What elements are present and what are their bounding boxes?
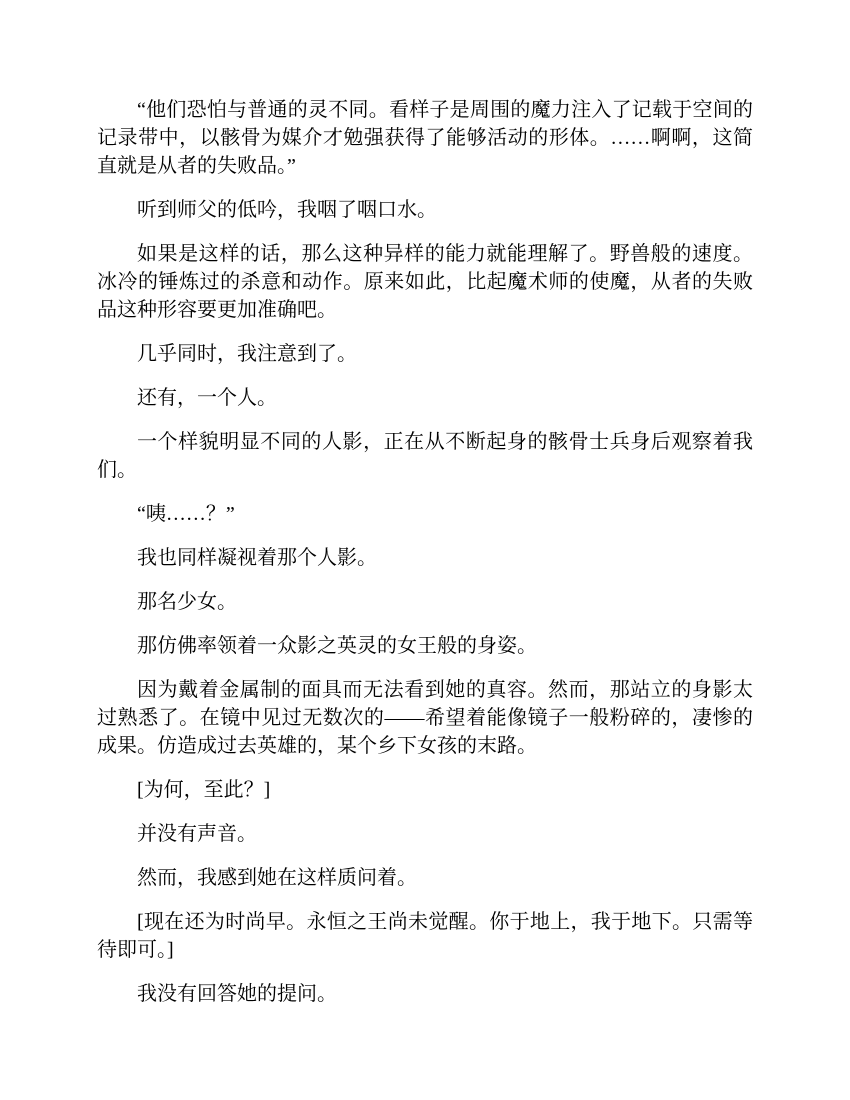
paragraph: 听到师父的低吟，我咽了咽口水。 — [97, 196, 753, 224]
paragraph: 一个样貌明显不同的人影，正在从不断起身的骸骨士兵身后观察着我们。 — [97, 428, 753, 484]
paragraph: 那名少女。 — [97, 588, 753, 616]
paragraph: 我也同样凝视着那个人影。 — [97, 544, 753, 572]
novel-text-content: “他们恐怕与普通的灵不同。看样子是周围的魔力注入了记载于空间的记录带中，以骸骨为… — [0, 0, 850, 1008]
paragraph-telepathy: [现在还为时尚早。永恒之王尚未觉醒。你于地上，我于地下。只需等待即可。] — [97, 908, 753, 964]
paragraph-speech: “咦……？” — [97, 500, 753, 528]
paragraph-speech: “他们恐怕与普通的灵不同。看样子是周围的魔力注入了记载于空间的记录带中，以骸骨为… — [97, 96, 753, 180]
paragraph: 如果是这样的话，那么这种异样的能力就能理解了。野兽般的速度。冰冷的锤炼过的杀意和… — [97, 240, 753, 324]
paragraph-telepathy: [为何，至此？] — [97, 776, 753, 804]
document-page: “他们恐怕与普通的灵不同。看样子是周围的魔力注入了记载于空间的记录带中，以骸骨为… — [0, 0, 850, 1100]
paragraph: 那仿佛率领着一众影之英灵的女王般的身姿。 — [97, 632, 753, 660]
paragraph: 还有，一个人。 — [97, 384, 753, 412]
paragraph: 因为戴着金属制的面具而无法看到她的真容。然而，那站立的身影太过熟悉了。在镜中见过… — [97, 676, 753, 760]
paragraph: 我没有回答她的提问。 — [97, 980, 753, 1008]
paragraph: 并没有声音。 — [97, 820, 753, 848]
paragraph: 然而，我感到她在这样质问着。 — [97, 864, 753, 892]
paragraph: 几乎同时，我注意到了。 — [97, 340, 753, 368]
